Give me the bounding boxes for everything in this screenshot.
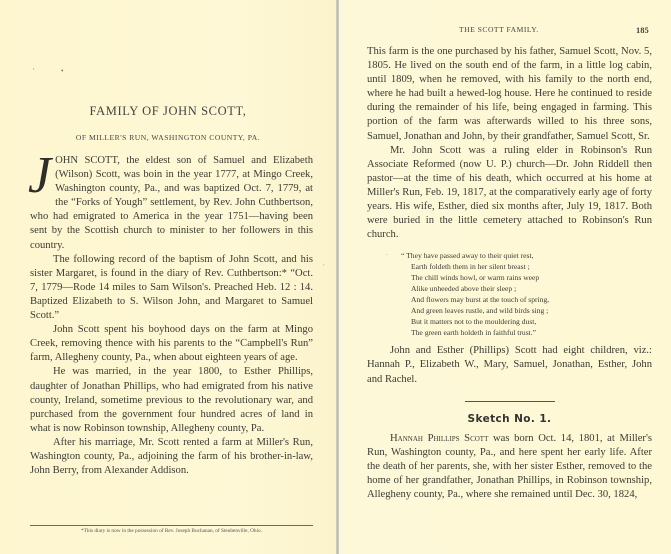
right-body-text: This farm is the one purchased by his fa…	[367, 45, 652, 502]
paragraph-text: OHN SCOTT, the eldest son of Samuel and …	[30, 155, 313, 251]
paragraph: John Scott spent his boyhood days on the…	[30, 323, 313, 365]
poem-line: But it matters not to the mouldering dus…	[401, 316, 652, 327]
poem-line: “ They have passed away to their quiet r…	[401, 250, 652, 261]
poem-line: Alike unheeded above their sleep ;	[401, 283, 652, 294]
poem-line: The green earth holdeth in faithful trus…	[401, 327, 652, 338]
footnote: *This diary is now in the possession of …	[30, 528, 313, 534]
children-paragraph: John and Esther (Phillips) Scott had eig…	[367, 344, 652, 386]
page-number: 185	[636, 25, 649, 35]
paragraph: He was married, in the year 1800, to Est…	[30, 365, 313, 435]
sketch-heading: Sketch No. 1.	[367, 412, 652, 426]
poem-line: Earth foldeth them in her silent breast …	[401, 261, 652, 272]
poem-line: The chill winds howl, or warm rains weep	[401, 272, 652, 283]
margin-speck: ·	[386, 252, 388, 259]
paragraph: This farm is the one purchased by his fa…	[367, 45, 652, 144]
left-body-text: JOHN SCOTT, the eldest son of Samuel and…	[30, 154, 313, 478]
section-divider	[465, 401, 555, 402]
epitaph-poem: “ They have passed away to their quiet r…	[401, 250, 652, 338]
paragraph: The following record of the baptism of J…	[30, 253, 313, 323]
poem-line: And flowers may burst at the touch of sp…	[401, 294, 652, 305]
chapter-subtitle: OF MILLER'S RUN, WASHINGTON COUNTY, PA.	[0, 133, 336, 142]
book-spread: ' • FAMILY OF JOHN SCOTT, OF MILLER'S RU…	[0, 0, 671, 554]
sketch-subject-name: Hannah Phillips Scott	[390, 433, 488, 444]
paragraph: Mr. John Scott was a ruling elder in Rob…	[367, 144, 652, 243]
footnote-divider	[30, 525, 313, 526]
right-page: THE SCOTT FAMILY. 185 This farm is the o…	[339, 0, 671, 554]
chapter-title: FAMILY OF JOHN SCOTT,	[0, 104, 336, 119]
page-specks: ' •	[33, 68, 76, 75]
margin-mark: '	[323, 264, 325, 271]
poem-line: And green leaves rustle, and wild birds …	[401, 305, 652, 316]
sketch-paragraph: Hannah Phillips Scott was born Oct. 14, …	[367, 432, 652, 502]
paragraph: After his marriage, Mr. Scott rented a f…	[30, 436, 313, 478]
opening-paragraph: JOHN SCOTT, the eldest son of Samuel and…	[30, 154, 313, 253]
left-page: ' • FAMILY OF JOHN SCOTT, OF MILLER'S RU…	[0, 0, 336, 554]
running-head: THE SCOTT FAMILY.	[459, 25, 539, 34]
drop-cap: J	[28, 154, 51, 210]
